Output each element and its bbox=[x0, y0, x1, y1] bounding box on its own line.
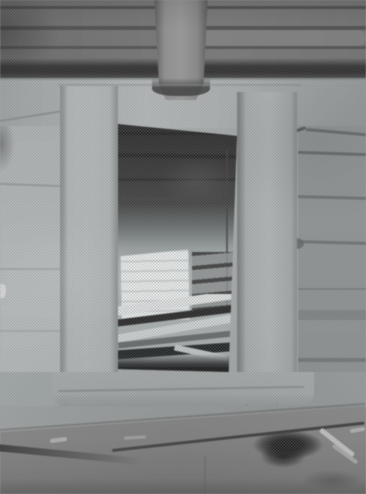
photo-scene bbox=[0, 0, 366, 494]
window-frame-right-jamb bbox=[237, 92, 297, 408]
right-wall-log-joint bbox=[298, 288, 366, 290]
right-wall-shadow-band bbox=[298, 310, 366, 320]
bottom-edge-shade bbox=[0, 478, 366, 494]
interior-log-shadow bbox=[118, 132, 237, 135]
left-wall-joint-line bbox=[0, 268, 62, 270]
left-wall-corner-shadow bbox=[0, 126, 22, 184]
support-post-foot-shadow bbox=[152, 78, 210, 96]
log-highlight bbox=[190, 30, 366, 46]
right-wall-log-joint bbox=[298, 358, 366, 362]
interior-light-patch bbox=[160, 150, 234, 214]
left-wall-joint-line bbox=[0, 330, 62, 332]
photograph-log-wall-window bbox=[0, 0, 366, 494]
lumber-pile bbox=[118, 294, 237, 372]
window-frame-left-jamb bbox=[60, 86, 118, 406]
left-edge-bright-sliver bbox=[0, 284, 6, 298]
debris-clump-core bbox=[260, 444, 306, 468]
window-opening bbox=[118, 124, 237, 372]
corner-shadow bbox=[0, 0, 90, 80]
window-frame-top-edge bbox=[58, 84, 302, 86]
interior-thin-stick bbox=[122, 197, 190, 200]
